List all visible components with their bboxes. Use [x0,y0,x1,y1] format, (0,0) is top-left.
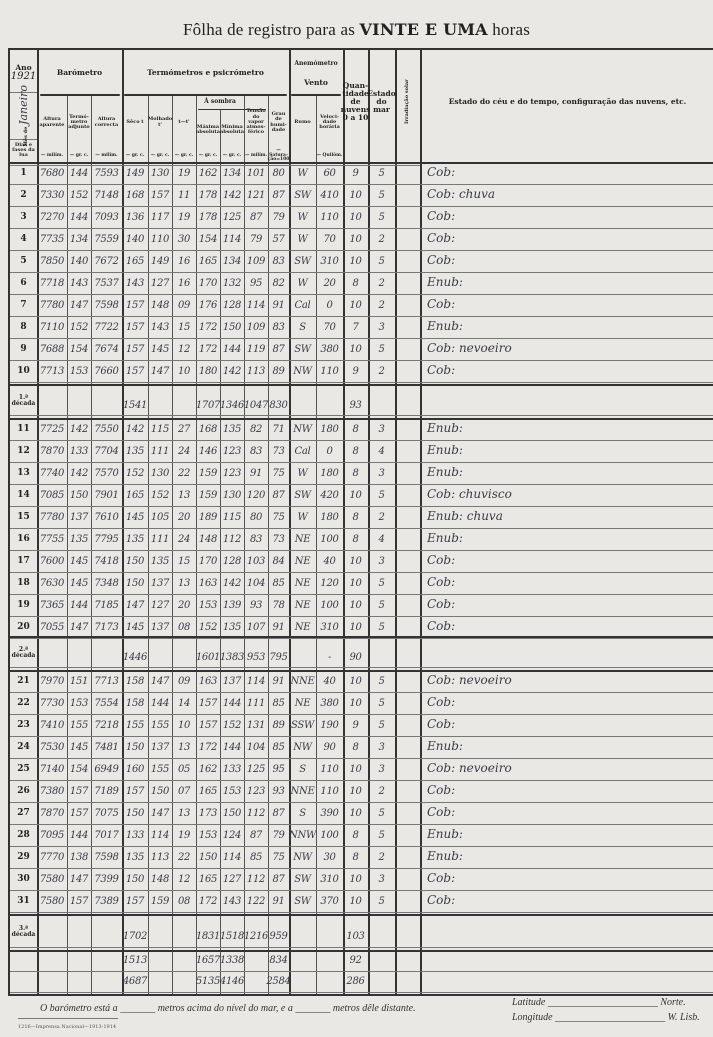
value-cell: 143 [220,890,244,912]
decada-value: 1601 [196,644,220,670]
value-cell: 114 [220,228,244,250]
imprint-rule [18,1018,118,1019]
value-cell: SW [289,484,316,506]
value-cell: 121 [244,184,268,206]
value-cell: NE [289,528,316,550]
column-header: Grau de humi-dade [268,95,289,150]
value-cell: 142 [220,184,244,206]
value-cell: 180 [316,506,343,528]
value-cell: 100 [316,824,343,846]
value-cell: 113 [244,360,268,382]
value-cell: 8 [343,824,368,846]
value-cell: 122 [244,890,268,912]
total-value: 834 [268,950,289,971]
day-number: 12 [10,440,37,462]
value-cell: 7380 [37,780,67,802]
decada-value: 1518 [220,922,244,950]
value-cell: 157 [122,780,148,802]
decada-label: 2.ª década [10,636,37,670]
value-cell: 7870 [37,440,67,462]
value-cell: 10 [343,692,368,714]
row-divider [420,250,713,251]
value-cell: 5 [368,714,395,736]
value-cell: 165 [196,780,220,802]
value-cell: 19 [172,824,196,846]
value-cell: NNE [289,780,316,802]
value-cell: 380 [316,338,343,360]
day-number: 15 [10,506,37,528]
value-cell: 180 [316,462,343,484]
value-cell: 165 [122,250,148,272]
value-cell: 9 [343,162,368,184]
value-cell: 40 [316,670,343,692]
value-cell: 165 [122,484,148,506]
value-cell: 7780 [37,506,67,528]
value-cell: 157 [67,780,91,802]
value-cell: 115 [148,418,172,440]
value-cell: 5 [368,802,395,824]
value-cell: 10 [343,670,368,692]
total-value: 4687 [122,971,148,992]
row-divider [420,316,713,317]
value-cell: 117 [148,206,172,228]
value-cell: 90 [316,736,343,758]
row-divider [420,868,713,869]
value-cell: 128 [220,550,244,572]
decada-value: 90 [343,644,368,670]
value-cell: 135 [220,616,244,638]
value-cell: 155 [67,714,91,736]
value-cell: 172 [196,316,220,338]
value-cell: 390 [316,802,343,824]
value-cell: 115 [220,506,244,528]
value-cell: 07 [172,780,196,802]
column-header: Termó-metro adjunto [67,95,91,150]
value-cell: SSW [289,714,316,736]
value-cell: 13 [172,736,196,758]
value-cell: 114 [244,294,268,316]
value-cell: 87 [268,802,289,824]
value-cell: 3 [368,418,395,440]
value-cell: 91 [268,670,289,692]
value-cell: 12 [172,338,196,360]
day-number: 26 [10,780,37,802]
value-cell: 147 [148,670,172,692]
value-cell: 10 [343,802,368,824]
value-cell: 10 [343,250,368,272]
column-header: Rumo [289,95,316,150]
value-cell: 137 [148,736,172,758]
value-cell: 138 [67,846,91,868]
value-cell: 7755 [37,528,67,550]
value-cell: 7389 [91,890,122,912]
row-divider [420,846,713,847]
value-cell: 7713 [91,670,122,692]
value-cell: 145 [67,550,91,572]
value-cell: 5 [368,206,395,228]
value-cell: 75 [268,846,289,868]
total-value: 4146 [220,971,244,992]
value-cell: 130 [220,484,244,506]
value-cell: 150 [220,316,244,338]
value-cell: 4 [368,440,395,462]
value-cell: 7085 [37,484,67,506]
sky-remark: Cob: [427,165,455,179]
value-cell: 135 [122,440,148,462]
value-cell: NW [289,846,316,868]
value-cell: 137 [148,572,172,594]
value-cell: 78 [268,594,289,616]
month-cell: Mês de Janeiro [10,92,37,139]
value-cell: 157 [67,890,91,912]
value-cell: 71 [268,418,289,440]
value-cell: 83 [244,528,268,550]
value-cell: 10 [172,360,196,382]
row-divider [420,890,713,891]
value-cell: Cal [289,294,316,316]
value-cell: 144 [220,692,244,714]
decada-value: 93 [343,392,368,418]
value-cell: 136 [122,206,148,228]
value-cell: 7610 [91,506,122,528]
value-cell: 93 [268,780,289,802]
value-cell: 131 [244,714,268,736]
row-divider [10,912,420,913]
sky-remark: Cob: [427,575,455,589]
value-cell: 8 [343,736,368,758]
value-cell: 176 [196,294,220,316]
value-cell: 7550 [91,418,122,440]
value-cell: 152 [67,316,91,338]
value-cell: 124 [220,824,244,846]
value-cell: 95 [268,758,289,780]
column-header: Veloci-dade horária [316,95,343,150]
value-cell: 16 [172,272,196,294]
value-cell: 5 [368,594,395,616]
value-cell: 2 [368,846,395,868]
value-cell: 145 [148,338,172,360]
value-cell: 89 [268,714,289,736]
decada-value: - [316,644,343,670]
row-divider [420,338,713,339]
day-number: 19 [10,594,37,616]
value-cell: 111 [148,528,172,550]
value-cell: 157 [196,714,220,736]
column-header: Molhado t' [148,95,172,150]
value-cell: 60 [316,162,343,184]
value-cell: 110 [316,758,343,780]
day-number: 14 [10,484,37,506]
row-divider [420,228,713,229]
sky-remark: Enub: [427,465,463,479]
value-cell: 109 [244,250,268,272]
decada-value: 1541 [122,392,148,418]
value-cell: 7330 [37,184,67,206]
value-cell: 93 [244,594,268,616]
value-cell: 148 [148,294,172,316]
value-cell: 10 [343,868,368,890]
value-cell: 13 [172,802,196,824]
value-cell: 7559 [91,228,122,250]
value-cell: 148 [196,528,220,550]
value-cell: 110 [316,780,343,802]
value-cell: 7554 [91,692,122,714]
decada-value: 1346 [220,392,244,418]
value-cell: 146 [196,440,220,462]
value-cell: 142 [220,360,244,382]
value-cell: 130 [148,462,172,484]
value-cell: 5 [368,572,395,594]
value-cell: 143 [148,316,172,338]
day-number: 31 [10,890,37,912]
day-number: 8 [10,316,37,338]
value-cell: W [289,228,316,250]
value-cell: 3 [368,316,395,338]
value-cell: 7365 [37,594,67,616]
value-cell: 7530 [37,736,67,758]
value-cell: 170 [196,550,220,572]
latitude-field: Latitude ______________________ Norte. [512,997,686,1008]
value-cell: 135 [67,528,91,550]
value-cell: 165 [196,250,220,272]
value-cell: 75 [268,506,289,528]
value-cell: 10 [343,228,368,250]
value-cell: Cal [289,440,316,462]
value-cell: 87 [268,184,289,206]
value-cell: 100 [316,528,343,550]
value-cell: 104 [244,572,268,594]
total-value: 1657 [196,950,220,971]
barometer-note: O barómetro está a _______ metros acima … [40,1003,416,1014]
value-cell: 2 [368,228,395,250]
day-number: 23 [10,714,37,736]
value-cell: 110 [316,360,343,382]
day-number: 10 [10,360,37,382]
value-cell: 5 [368,184,395,206]
value-cell: 9 [343,360,368,382]
value-cell: 8 [343,528,368,550]
value-cell: 83 [268,316,289,338]
value-cell: 7672 [91,250,122,272]
value-cell: 0 [316,440,343,462]
value-cell: W [289,506,316,528]
value-cell: 170 [196,272,220,294]
value-cell: 154 [67,338,91,360]
value-cell: 85 [244,846,268,868]
row-divider [420,714,713,715]
value-cell: 180 [316,418,343,440]
row-divider [420,638,713,639]
day-number: 6 [10,272,37,294]
row-divider [420,206,713,207]
value-cell: 85 [268,572,289,594]
value-cell: 150 [122,550,148,572]
row-divider [420,824,713,825]
value-cell: 150 [67,484,91,506]
value-cell: 145 [122,506,148,528]
value-cell: 142 [220,572,244,594]
value-cell: 139 [220,594,244,616]
value-cell: 7740 [37,462,67,484]
value-cell: 157 [122,316,148,338]
value-cell: 153 [196,824,220,846]
value-cell: 152 [67,184,91,206]
value-cell: 148 [148,868,172,890]
value-cell: 3 [368,550,395,572]
value-cell: 3 [368,868,395,890]
value-cell: 91 [268,890,289,912]
value-cell: 144 [220,736,244,758]
value-cell: 107 [244,616,268,638]
value-cell: 142 [67,462,91,484]
value-cell: 7185 [91,594,122,616]
value-cell: 178 [196,184,220,206]
value-cell: 172 [196,338,220,360]
value-cell: 20 [172,594,196,616]
value-cell: 10 [343,206,368,228]
register-table: Ano1921Mês de JaneiroDias e fases da lua… [8,48,713,996]
value-cell: 123 [220,440,244,462]
value-cell: 133 [220,758,244,780]
value-cell: 91 [244,462,268,484]
value-cell: 7173 [91,616,122,638]
value-cell: 82 [268,272,289,294]
value-cell: 19 [172,206,196,228]
value-cell: 85 [268,736,289,758]
value-cell: 10 [343,890,368,912]
day-number: 2 [10,184,37,206]
value-cell: 7 [343,316,368,338]
value-cell: 7148 [91,184,122,206]
sky-remark: Cob: [427,893,455,907]
column-unit: — gr. c. [67,150,91,162]
value-cell: 08 [172,890,196,912]
row-divider [420,594,713,595]
value-cell: 159 [196,484,220,506]
value-cell: 157 [67,802,91,824]
value-cell: 180 [196,360,220,382]
column-unit: — gr. c. [148,150,172,162]
value-cell: 127 [148,272,172,294]
column-header: Sêco t [122,95,148,150]
value-cell: 40 [316,550,343,572]
value-cell: 160 [122,758,148,780]
row-divider [420,184,713,185]
value-cell: 149 [148,250,172,272]
value-cell: 8 [343,846,368,868]
sky-remark: Enub: [427,531,463,545]
value-cell: 4 [368,528,395,550]
value-cell: 7580 [37,868,67,890]
value-cell: 120 [316,572,343,594]
value-cell: 87 [244,206,268,228]
value-cell: 144 [148,692,172,714]
value-cell: 100 [316,594,343,616]
value-cell: SW [289,250,316,272]
value-cell: 155 [122,714,148,736]
value-cell: 112 [244,802,268,824]
value-cell: 20 [172,506,196,528]
value-cell: 135 [148,550,172,572]
value-cell: S [289,316,316,338]
value-cell: W [289,162,316,184]
value-cell: 7093 [91,206,122,228]
row-divider [420,736,713,737]
day-number: 20 [10,616,37,638]
row-divider [420,616,713,617]
value-cell: 3 [368,462,395,484]
value-cell: 7055 [37,616,67,638]
value-cell: 83 [268,250,289,272]
value-cell: 7348 [91,572,122,594]
value-cell: 2 [368,506,395,528]
sky-remark: Enub: [427,443,463,457]
value-cell: 157 [148,184,172,206]
sky-remark: Enub: [427,275,463,289]
value-cell: 142 [122,418,148,440]
value-cell: 09 [172,670,196,692]
sky-remark: Cob: [427,619,455,633]
value-cell: 7570 [91,462,122,484]
title-suffix: horas [492,20,530,39]
column-unit: — gr. c. [172,150,196,162]
value-cell: SW [289,338,316,360]
total-value: 1513 [122,950,148,971]
value-cell: 7481 [91,736,122,758]
value-cell: 5 [368,338,395,360]
value-cell: 9 [343,714,368,736]
value-cell: 7735 [37,228,67,250]
sky-remark: Enub: [427,421,463,435]
column-divider [395,50,397,994]
value-cell: NW [289,360,316,382]
column-divider [420,50,422,994]
value-cell: 7140 [37,758,67,780]
sky-remark: Cob: [427,717,455,731]
day-number: 17 [10,550,37,572]
value-cell: 84 [268,550,289,572]
day-number: 25 [10,758,37,780]
value-cell: 140 [122,228,148,250]
value-cell: 3 [368,758,395,780]
value-cell: 30 [172,228,196,250]
value-cell: W [289,462,316,484]
value-cell: 7870 [37,802,67,824]
value-cell: 154 [67,758,91,780]
value-cell: 7660 [91,360,122,382]
group-barometro: Barómetro [37,54,122,92]
column-unit: — gr. c. [122,150,148,162]
value-cell: 8 [343,272,368,294]
value-cell: 114 [148,824,172,846]
value-cell: 150 [148,780,172,802]
value-cell: 5 [368,890,395,912]
total-value: 92 [343,950,368,971]
column-header: Altura aparente [37,95,67,150]
value-cell: 410 [316,184,343,206]
value-cell: 380 [316,692,343,714]
value-cell: 79 [244,228,268,250]
value-cell: 7598 [91,294,122,316]
value-cell: NNW [289,824,316,846]
value-cell: 153 [67,360,91,382]
value-cell: 110 [316,206,343,228]
value-cell: 10 [343,780,368,802]
decada-value: 1047 [244,392,268,418]
imprint: 1216—Imprensa Nacional—1913-1914 [18,1024,116,1030]
value-cell: 173 [196,802,220,824]
day-number: 3 [10,206,37,228]
